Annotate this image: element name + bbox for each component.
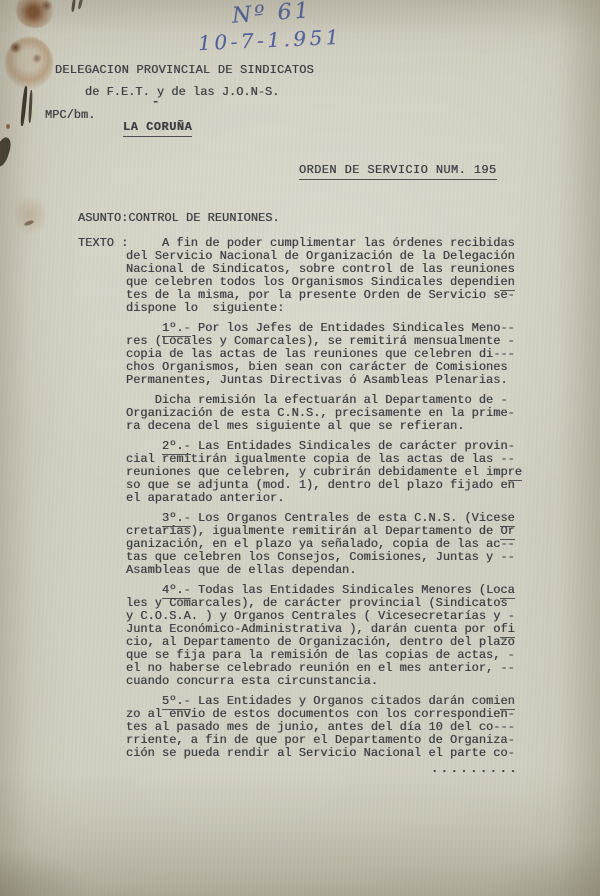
paragraph: 1º.- Por los Jefes de Entidades Sindical…	[126, 322, 556, 387]
document-page: Nº 61 10-7-1.951 DELEGACION PROVINCIAL D…	[0, 0, 600, 896]
trailing-dots: .........	[431, 763, 519, 776]
paragraph: 4º.- Todas las Entidades Sindicales Meno…	[126, 584, 556, 688]
rust-stain-speck	[9, 42, 22, 53]
text-line: dispone lo siguiente:	[126, 302, 556, 315]
text-line: ción se pueda rendir al Servicio Naciona…	[126, 747, 556, 760]
order-title-text: ORDEN DE SERVICIO NUM. 195	[299, 163, 497, 180]
paragraph: 5º.- Las Entidades y Organos citados dar…	[126, 695, 556, 760]
texto-label: TEXTO :	[78, 237, 128, 250]
paragraph: A fin de poder cumplimentar las órdenes …	[126, 237, 556, 315]
ink-edge-mark	[0, 136, 13, 169]
paragraph: 2º.- Las Entidades Sindicales de carácte…	[126, 440, 556, 505]
text-line: cuando concurra esta circunstancia.	[126, 675, 556, 688]
letterhead-organization: DELEGACION PROVINCIAL DE SINDICATOS	[55, 64, 314, 77]
handwritten-number: Nº 61	[231, 0, 312, 29]
ink-scribble-mark	[20, 86, 28, 126]
text-line: Asambleas que de ellas dependan.	[126, 564, 556, 577]
document-body: A fin de poder cumplimentar las órdenes …	[126, 237, 556, 767]
paragraph: Dicha remisión la efectuarán al Departam…	[126, 394, 556, 433]
faint-stain	[15, 192, 45, 238]
faint-stain-dash	[24, 219, 35, 226]
red-speck	[6, 124, 10, 129]
rust-stain-top-small	[40, 0, 53, 11]
ink-scribble-mark	[28, 90, 33, 123]
ink-tick-mark	[71, 0, 76, 12]
subject-line: ASUNTO:CONTROL DE REUNIONES.	[78, 212, 280, 225]
letterhead-city-text: LA CORUÑA	[123, 120, 192, 137]
order-title: ORDEN DE SERVICIO NUM. 195	[299, 164, 497, 177]
reference-code: MPC/bm.	[45, 109, 95, 122]
text-line: Permanentes, Juntas Directivas ó Asamble…	[126, 374, 556, 387]
letterhead-dash: -	[152, 96, 159, 109]
text-line: ra decena del mes siguiente al que se re…	[126, 420, 556, 433]
rust-stain-top	[16, 0, 54, 28]
paragraph: 3º.- Los Organos Centrales de esta C.N.S…	[126, 512, 556, 577]
subject-value: CONTROL DE REUNIONES.	[128, 211, 279, 225]
ink-tick-mark	[78, 0, 83, 9]
text-line: el aparatado anterior.	[126, 492, 556, 505]
letterhead-suborganization: de F.E.T. y de las J.O.N-S.	[85, 86, 279, 99]
rust-stain-dash	[31, 51, 43, 66]
handwritten-date: 10-7-1.951	[198, 25, 343, 55]
letterhead-city: LA CORUÑA	[123, 121, 192, 134]
subject-label: ASUNTO:	[78, 211, 128, 225]
rust-stain-ring	[5, 37, 53, 89]
